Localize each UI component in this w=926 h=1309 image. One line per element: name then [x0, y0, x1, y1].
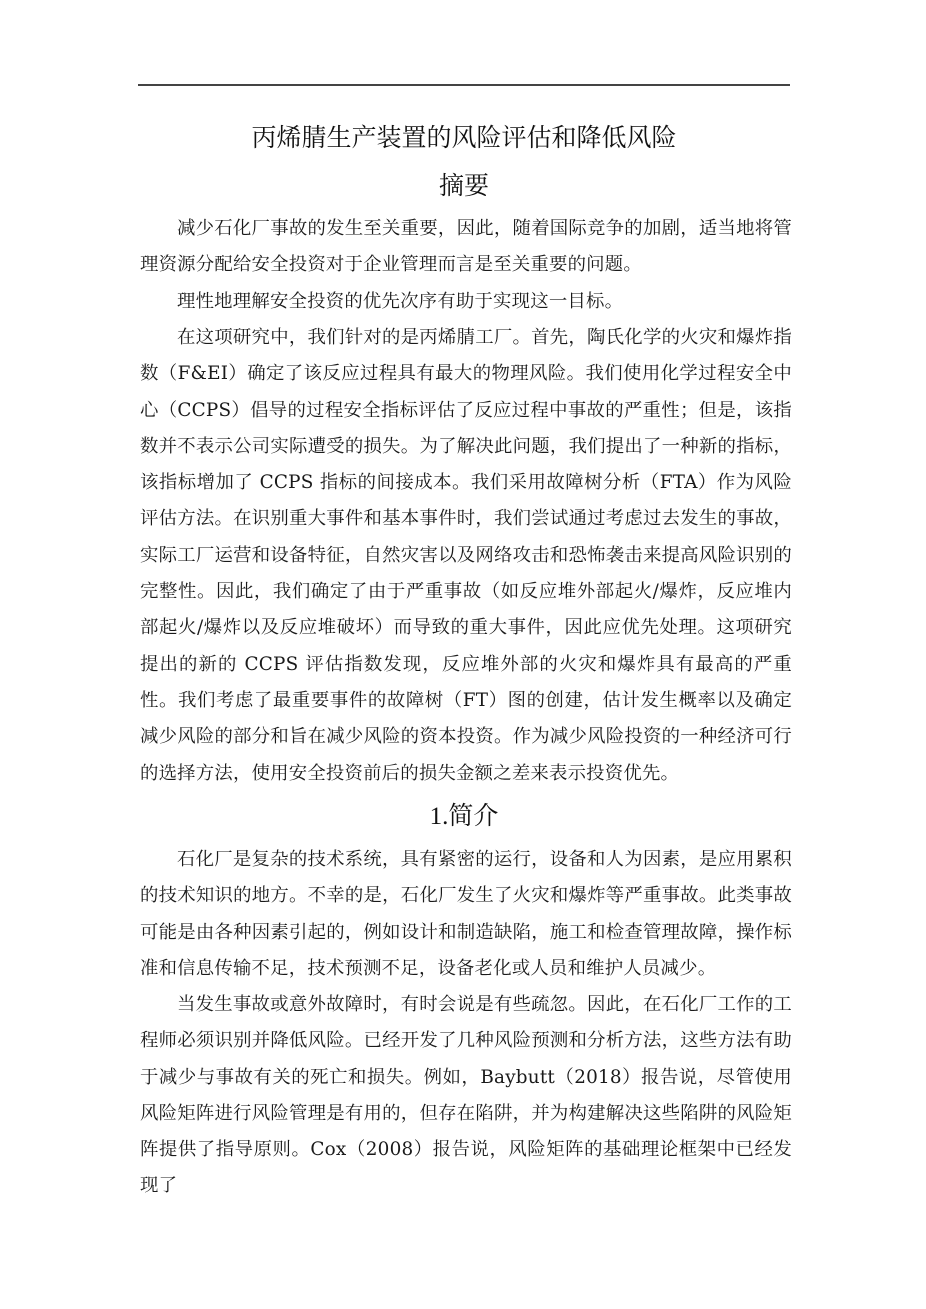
section-heading-introduction: 1.简介 — [138, 797, 790, 837]
abstract-paragraph-2: 理性地理解安全投资的优先次序有助于实现这一目标。 — [140, 284, 792, 320]
paper-title: 丙烯腈生产装置的风险评估和降低风险 — [138, 118, 790, 158]
intro-paragraph-2: 当发生事故或意外故障时，有时会说是有些疏忽。因此，在石化厂工作的工程师必须识别并… — [140, 987, 792, 1205]
abstract-heading: 摘要 — [138, 166, 790, 206]
abstract-paragraph-1: 减少石化厂事故的发生至关重要，因此，随着国际竞争的加剧，适当地将管理资源分配给安… — [140, 211, 792, 284]
abstract-paragraph-3: 在这项研究中，我们针对的是丙烯腈工厂。首先，陶氏化学的火灾和爆炸指数（F&EI）… — [140, 320, 792, 792]
intro-paragraph-1: 石化厂是复杂的技术系统，具有紧密的运行，设备和人为因素，是应用累积的技术知识的地… — [140, 842, 792, 987]
header-rule — [138, 84, 790, 86]
